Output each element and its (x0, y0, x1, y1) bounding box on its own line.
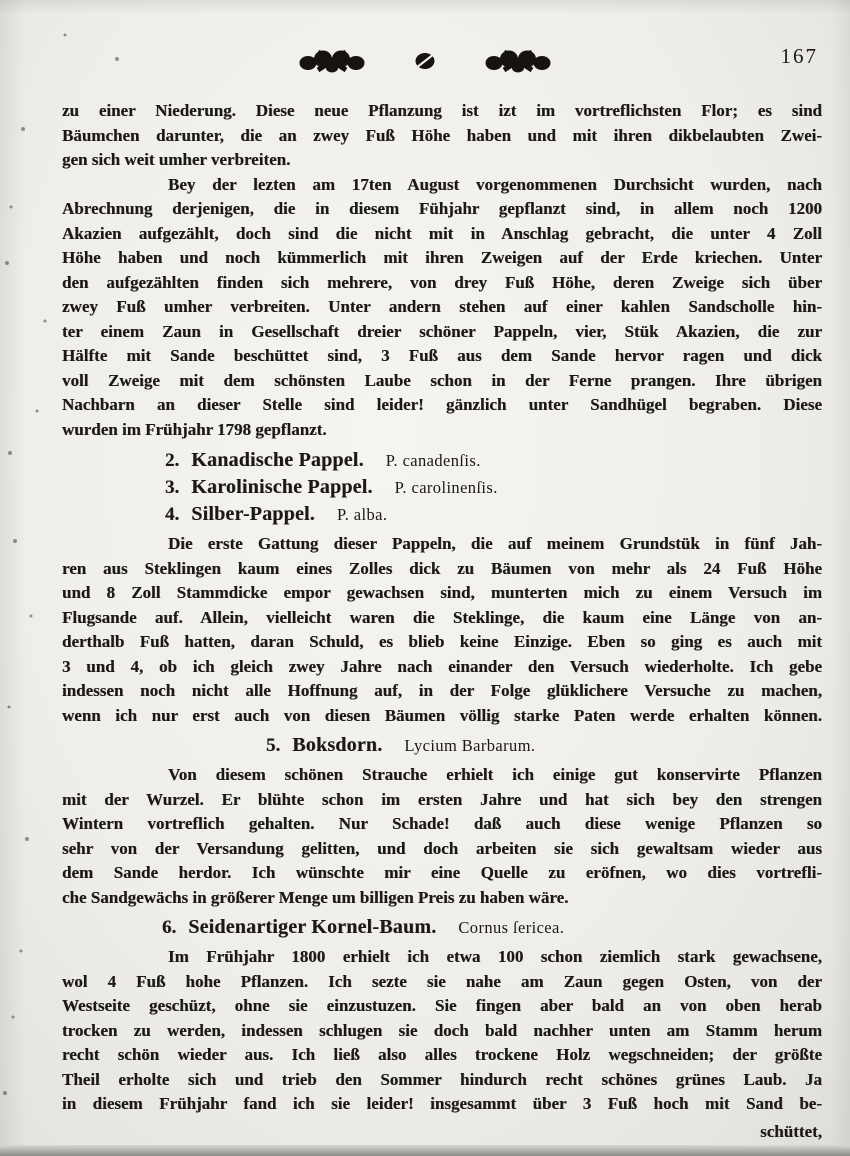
species-latin-name: P. alba. (337, 505, 387, 524)
section-heading-boksdorn: 5.Boksdorn.Lycium Barbarum. (266, 732, 822, 759)
text-line: recht schön wieder aus. Ich ließ also al… (62, 1043, 822, 1068)
item-number: 6. (162, 917, 176, 938)
text-line: dem Sande herdor. Ich wünschte mir eine … (62, 861, 822, 886)
section-heading-kornel-baum: 6.Seidenartiger Kornel-Baum.Cornus ſeric… (162, 914, 822, 941)
scan-bottom-edge (0, 1145, 850, 1156)
text-line: trocken zu werden, indessen schlugen sie… (62, 1019, 822, 1044)
text-line: ter einem Zaun in Gesellschaft dreier sc… (62, 320, 822, 345)
page-number: 167 (781, 44, 819, 69)
item-number: 2. (165, 450, 179, 471)
text-line: mit der Wurzel. Er blühte schon im erste… (62, 788, 822, 813)
text-line: Nachbarn an dieser Stelle sind leider! g… (62, 393, 822, 418)
text-line: Im Frühjahr 1800 erhielt ich etwa 100 sc… (62, 945, 822, 970)
text-line: Die erste Gattung dieser Pappeln, die au… (62, 532, 822, 557)
text-line: sehr von der Versandung gelitten, und do… (62, 837, 822, 862)
text-line: Westseite geschüzt, ohne sie einzustuzen… (62, 994, 822, 1019)
text-line: zu einer Niederung. Diese neue Pflanzung… (62, 99, 822, 124)
text-line: Hälfte mit Sande beschüttet sind, 3 Fuß … (62, 344, 822, 369)
text-line: Bey der lezten am 17ten August vorgenomm… (62, 173, 822, 198)
list-item: 3.Karolinische Pappel.P. carolinenſis. (165, 474, 822, 501)
paragraph-inspection-august: Bey der lezten am 17ten August vorgenomm… (62, 173, 822, 443)
species-german-name: Karolinische Pappel. (191, 476, 372, 498)
species-german-name: Kanadische Pappel. (191, 449, 364, 471)
species-latin-name: P. canadenſis. (386, 451, 481, 470)
text-line: che Sandgewächs in größerer Menge um bil… (62, 886, 822, 911)
text-line: Höhe haben und noch kümmerlich mit ihren… (62, 246, 822, 271)
paragraph-pappeln-versuch: Die erste Gattung dieser Pappeln, die au… (62, 532, 822, 728)
text-line: 3 und 4, ob ich gleich zwey Jahre nach e… (62, 655, 822, 680)
text-line: und 8 Zoll Stammdicke empor gewachsen si… (62, 581, 822, 606)
text-line: wol 4 Fuß hohe Pflanzen. Ich sezte sie n… (62, 970, 822, 995)
text-line: Wintern vortreflich gehalten. Nur Schade… (62, 812, 822, 837)
paragraph-boksdorn: Von diesem schönen Strauche erhielt ich … (62, 763, 822, 910)
species-latin-name: Cornus ſericea. (458, 918, 564, 937)
fleuron-icon (485, 47, 551, 75)
text-line: derthalb Fuß hatten, daran Schuld, es bl… (62, 630, 822, 655)
text-line: wurden im Frühjahr 1798 gepflanzt. (62, 418, 822, 443)
text-line: voll Zweige mit dem schönsten Laube scho… (62, 369, 822, 394)
text-line: zwey Fuß umher verbreiten. Unter andern … (62, 295, 822, 320)
scanned-book-page: 167 zu einer Niederung. Diese neue Pflan… (0, 0, 850, 1156)
fleuron-small-icon (413, 50, 437, 72)
fleuron-icon (299, 47, 365, 75)
text-line: Abrechnung derjenigen, die in diesem Füh… (62, 197, 822, 222)
paragraph-continuation: zu einer Niederung. Diese neue Pflanzung… (62, 99, 822, 173)
text-line: den aufgezählten finden sich mehrere, vo… (62, 271, 822, 296)
text-line: Akazien aufgezählt, doch sind die nicht … (62, 222, 822, 247)
item-number: 5. (266, 735, 280, 756)
catchword: schüttet, (62, 1119, 822, 1144)
page-text: zu einer Niederung. Diese neue Pflanzung… (62, 99, 822, 1144)
item-number: 4. (165, 504, 179, 525)
text-line: wenn ich nur erst auch von diesen Bäumen… (62, 704, 822, 729)
item-number: 3. (165, 477, 179, 498)
text-line: Flugsande auf. Allein, vielleicht waren … (62, 606, 822, 631)
list-item: 2.Kanadische Pappel.P. canadenſis. (165, 447, 822, 474)
scan-noise-speckles (0, 0, 2, 2)
species-list: 2.Kanadische Pappel.P. canadenſis. 3.Kar… (165, 447, 822, 528)
list-item: 4.Silber-Pappel.P. alba. (165, 501, 822, 528)
species-german-name: Boksdorn. (292, 734, 382, 756)
species-german-name: Silber-Pappel. (191, 503, 315, 525)
species-latin-name: Lycium Barbarum. (404, 736, 535, 755)
page-header: 167 (0, 44, 850, 84)
text-line: indessen noch nicht alle Hoffnung auf, i… (62, 679, 822, 704)
species-latin-name: P. carolinenſis. (395, 478, 498, 497)
text-line: Von diesem schönen Strauche erhielt ich … (62, 763, 822, 788)
text-line: in diesem Frühjahr fand ich sie leider! … (62, 1092, 822, 1117)
species-german-name: Seidenartiger Kornel-Baum. (188, 916, 436, 938)
text-line: Bäumchen darunter, die an zwey Fuß Höhe … (62, 124, 822, 149)
text-line: ren aus Steklingen kaum eines Zolles dic… (62, 557, 822, 582)
text-line: Theil erholte sich und trieb den Sommer … (62, 1068, 822, 1093)
text-line: gen sich weit umher verbreiten. (62, 148, 822, 173)
paragraph-kornel-baum: Im Frühjahr 1800 erhielt ich etwa 100 sc… (62, 945, 822, 1117)
header-ornaments (0, 44, 850, 78)
